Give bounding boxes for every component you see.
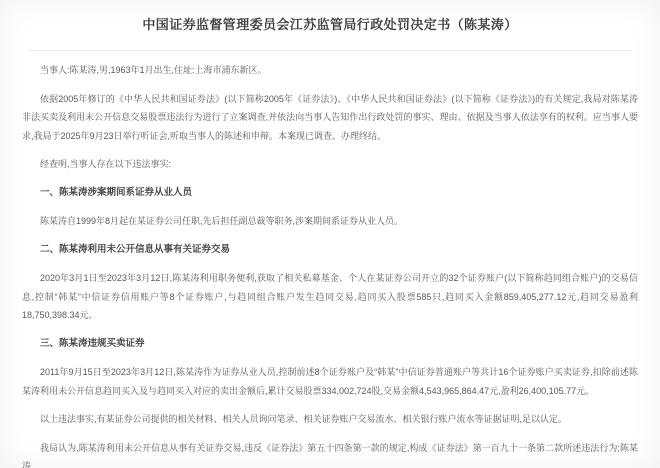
section-3-paragraph-2: 以上违法事实,有某证券公司提供的相关材料、相关人员询问笔录、相关证券账户交易流水… [22,410,638,429]
section-1-paragraph: 陈某涛自1999年8月起在某证券公司任职,先后担任副总裁等职务,涉案期间系证券从… [22,212,638,231]
document-page: 中国证券监督管理委员会江苏监管局行政处罚决定书（陈某涛） 当事人:陈某涛,男,1… [0,0,660,468]
title-divider [28,50,632,51]
procedure-paragraph: 依据2005年修订的《中华人民共和国证券法》(以下简称2005年《证券法》)、《… [22,90,638,146]
findings-lead-paragraph: 经查明,当事人存在以下违法事实: [22,155,638,174]
document-body: 当事人:陈某涛,男,1963年1月出生,住址:上海市浦东新区。 依据2005年修… [22,61,638,468]
section-3-paragraph-1: 2011年9月15日至2023年3月12日,陈某涛作为证券从业人员,控制前述8个… [22,363,638,400]
section-3-conclusion-paragraph: 我局认为,陈某涛利用未公开信息从事有关证券交易,违反《证券法》第五十四条第一款的… [22,439,638,468]
party-info-paragraph: 当事人:陈某涛,男,1963年1月出生,住址:上海市浦东新区。 [22,61,638,80]
section-2-paragraph: 2020年3月1日至2023年3月12日,陈某涛利用职务便利,获取了相关私募基金… [22,269,638,325]
section-3-heading: 三、陈某涛违规买卖证券 [22,335,638,354]
document-title: 中国证券监督管理委员会江苏监管局行政处罚决定书（陈某涛） [22,14,638,36]
section-2-heading: 二、陈某涛利用未公开信息从事有关证券交易 [22,241,638,260]
section-1-heading: 一、陈某涛涉案期间系证券从业人员 [22,184,638,203]
